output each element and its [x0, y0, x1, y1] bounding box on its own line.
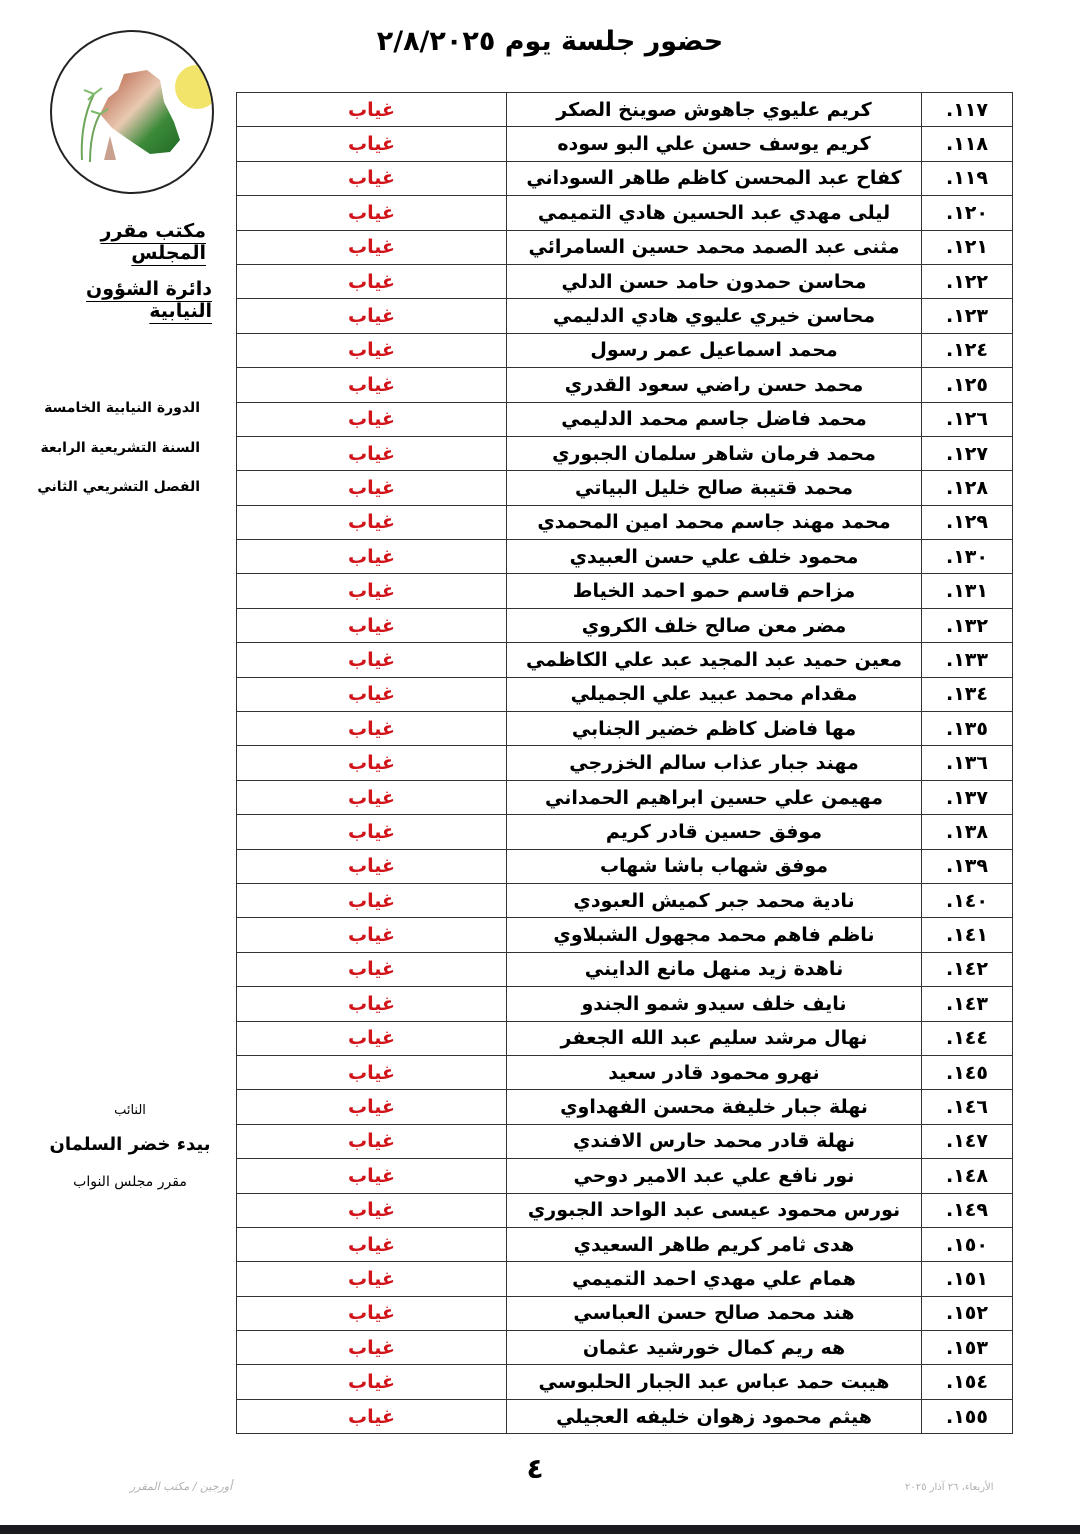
row-number: ١١٨. — [922, 127, 1013, 161]
table-row: ١٥٢.هند محمد صالح حسن العباسيغياب — [237, 1296, 1013, 1330]
row-number: ١٥٥. — [922, 1399, 1013, 1433]
attendance-status: غياب — [237, 1090, 507, 1124]
attendance-status: غياب — [237, 436, 507, 470]
signature-name: بيدء خضر السلمان — [40, 1134, 220, 1155]
attendance-status: غياب — [237, 608, 507, 642]
iraq-emblem-icon — [52, 32, 212, 192]
row-number: ١٢٠. — [922, 196, 1013, 230]
member-name: نادية محمد جبر كميش العبودي — [507, 883, 922, 917]
table-row: ١١٨.كريم يوسف حسن علي البو سودهغياب — [237, 127, 1013, 161]
table-row: ١٤٨.نور نافع علي عبد الامير دوحيغياب — [237, 1159, 1013, 1193]
row-number: ١٤٧. — [922, 1124, 1013, 1158]
member-name: هند محمد صالح حسن العباسي — [507, 1296, 922, 1330]
row-number: ١٣٨. — [922, 815, 1013, 849]
attendance-status: غياب — [237, 918, 507, 952]
row-number: ١٥٠. — [922, 1227, 1013, 1261]
signature-role: النائب — [50, 1103, 210, 1118]
table-row: ١٢١.مثنى عبد الصمد محمد حسين السامرائيغي… — [237, 230, 1013, 264]
member-name: نايف خلف سيدو شمو الجندو — [507, 987, 922, 1021]
table-row: ١٣١.مزاحم قاسم حمو احمد الخياطغياب — [237, 574, 1013, 608]
member-name: مقدام محمد عبيد علي الجميلي — [507, 677, 922, 711]
table-row: ١٤٥.نهرو محمود قادر سعيدغياب — [237, 1055, 1013, 1089]
member-name: محمد مهند جاسم محمد امين المحمدي — [507, 505, 922, 539]
attendance-status: غياب — [237, 1262, 507, 1296]
table-row: ١٣٢.مضر معن صالح خلف الكرويغياب — [237, 608, 1013, 642]
table-row: ١٤٤.نهال مرشد سليم عبد الله الجعفرغياب — [237, 1021, 1013, 1055]
member-name: موفق حسين قادر كريم — [507, 815, 922, 849]
term-line-year: السنة التشريعية الرابعة — [40, 440, 200, 456]
member-name: هه ريم كمال خورشيد عثمان — [507, 1331, 922, 1365]
table-row: ١٤٢.ناهدة زيد منهل مانع الداينيغياب — [237, 952, 1013, 986]
table-row: ١٤١.ناظم فاهم محمد مجهول الشبلاويغياب — [237, 918, 1013, 952]
attendance-status: غياب — [237, 952, 507, 986]
row-number: ١٤٥. — [922, 1055, 1013, 1089]
table-row: ١٤٠.نادية محمد جبر كميش العبوديغياب — [237, 883, 1013, 917]
attendance-status: غياب — [237, 849, 507, 883]
attendance-status: غياب — [237, 574, 507, 608]
row-number: ١٥٤. — [922, 1365, 1013, 1399]
member-name: نهرو محمود قادر سعيد — [507, 1055, 922, 1089]
table-row: ١٣٧.مهيمن علي حسين ابراهيم الحمدانيغياب — [237, 780, 1013, 814]
table-row: ١٢٣.محاسن خيري عليوي هادي الدليميغياب — [237, 299, 1013, 333]
member-name: محمد اسماعيل عمر رسول — [507, 333, 922, 367]
attendance-status: غياب — [237, 1296, 507, 1330]
table-row: ١٤٣.نايف خلف سيدو شمو الجندوغياب — [237, 987, 1013, 1021]
member-name: مثنى عبد الصمد محمد حسين السامرائي — [507, 230, 922, 264]
attendance-status: غياب — [237, 264, 507, 298]
attendance-status: غياب — [237, 127, 507, 161]
member-name: هدى ثامر كريم طاهر السعيدي — [507, 1227, 922, 1261]
attendance-status: غياب — [237, 368, 507, 402]
member-name: مزاحم قاسم حمو احمد الخياط — [507, 574, 922, 608]
member-name: نورس محمود عيسى عبد الواحد الجبوري — [507, 1193, 922, 1227]
member-name: موفق شهاب باشا شهاب — [507, 849, 922, 883]
table-row: ١٢٤.محمد اسماعيل عمر رسولغياب — [237, 333, 1013, 367]
table-row: ١٣٨.موفق حسين قادر كريمغياب — [237, 815, 1013, 849]
row-number: ١٢٩. — [922, 505, 1013, 539]
row-number: ١٤٣. — [922, 987, 1013, 1021]
member-name: نور نافع علي عبد الامير دوحي — [507, 1159, 922, 1193]
member-name: نهلة قادر محمد حارس الافندي — [507, 1124, 922, 1158]
row-number: ١٤٩. — [922, 1193, 1013, 1227]
table-row: ١٣٣.معين حميد عبد المجيد عبد علي الكاظمي… — [237, 643, 1013, 677]
attendance-status: غياب — [237, 161, 507, 195]
row-number: ١٣٣. — [922, 643, 1013, 677]
attendance-status: غياب — [237, 712, 507, 746]
attendance-status: غياب — [237, 471, 507, 505]
signature-position: مقرر مجلس النواب — [40, 1174, 220, 1190]
attendance-table: ١١٧.كريم عليوي جاهوش صوينخ الصكرغياب١١٨.… — [236, 92, 1013, 1434]
attendance-status: غياب — [237, 230, 507, 264]
member-name: ناهدة زيد منهل مانع الدايني — [507, 952, 922, 986]
attendance-status: غياب — [237, 746, 507, 780]
row-number: ١٢٧. — [922, 436, 1013, 470]
row-number: ١٣٦. — [922, 746, 1013, 780]
bottom-bar — [0, 1525, 1080, 1534]
member-name: همام علي مهدي احمد التميمي — [507, 1262, 922, 1296]
attendance-table-body: ١١٧.كريم عليوي جاهوش صوينخ الصكرغياب١١٨.… — [237, 93, 1013, 1434]
attendance-status: غياب — [237, 987, 507, 1021]
office-heading: مكتب مقرر المجلس — [46, 220, 206, 264]
row-number: ١٣٤. — [922, 677, 1013, 711]
row-number: ١٢٦. — [922, 402, 1013, 436]
table-row: ١٣٠.محمود خلف علي حسن العبيديغياب — [237, 540, 1013, 574]
table-row: ١٢٦.محمد فاضل جاسم محمد الدليميغياب — [237, 402, 1013, 436]
row-number: ١٢٨. — [922, 471, 1013, 505]
member-name: كريم يوسف حسن علي البو سوده — [507, 127, 922, 161]
member-name: محمد قتيبة صالح خليل البياتي — [507, 471, 922, 505]
row-number: ١٥١. — [922, 1262, 1013, 1296]
member-name: محمود خلف علي حسن العبيدي — [507, 540, 922, 574]
table-row: ١٥٠.هدى ثامر كريم طاهر السعيديغياب — [237, 1227, 1013, 1261]
member-name: نهال مرشد سليم عبد الله الجعفر — [507, 1021, 922, 1055]
attendance-status: غياب — [237, 780, 507, 814]
attendance-status: غياب — [237, 1159, 507, 1193]
member-name: كريم عليوي جاهوش صوينخ الصكر — [507, 93, 922, 127]
term-line-semester: الفصل التشريعي الثاني — [37, 479, 200, 495]
row-number: ١٤١. — [922, 918, 1013, 952]
attendance-status: غياب — [237, 196, 507, 230]
member-name: هيثم محمود زهوان خليفه العجيلي — [507, 1399, 922, 1433]
attendance-status: غياب — [237, 333, 507, 367]
row-number: ١٤٨. — [922, 1159, 1013, 1193]
member-name: مضر معن صالح خلف الكروي — [507, 608, 922, 642]
attendance-status: غياب — [237, 540, 507, 574]
table-row: ١٢٨.محمد قتيبة صالح خليل البياتيغياب — [237, 471, 1013, 505]
member-name: محمد حسن راضي سعود القدري — [507, 368, 922, 402]
row-number: ١٣٠. — [922, 540, 1013, 574]
attendance-status: غياب — [237, 1055, 507, 1089]
member-name: معين حميد عبد المجيد عبد علي الكاظمي — [507, 643, 922, 677]
attendance-status: غياب — [237, 677, 507, 711]
row-number: ١١٧. — [922, 93, 1013, 127]
footer-note-left: أورجين / مكتب المقرر — [130, 1480, 232, 1493]
table-row: ١٢٢.محاسن حمدون حامد حسن الدليغياب — [237, 264, 1013, 298]
page-title: حضور جلسة يوم ٢/٨/٢٠٢٥ — [300, 26, 800, 57]
row-number: ١٣٧. — [922, 780, 1013, 814]
table-row: ١٤٧.نهلة قادر محمد حارس الافنديغياب — [237, 1124, 1013, 1158]
table-row: ١٢٩.محمد مهند جاسم محمد امين المحمديغياب — [237, 505, 1013, 539]
table-row: ١٢٠.ليلى مهدي عبد الحسين هادي التميميغيا… — [237, 196, 1013, 230]
attendance-status: غياب — [237, 883, 507, 917]
attendance-status: غياب — [237, 299, 507, 333]
row-number: ١٣٩. — [922, 849, 1013, 883]
footer-date: الأربعاء، ٢٦ آذار ٢٠٢٥ — [905, 1482, 994, 1493]
row-number: ١٣١. — [922, 574, 1013, 608]
attendance-status: غياب — [237, 1124, 507, 1158]
table-row: ١١٩.كفاح عبد المحسن كاظم طاهر السودانيغي… — [237, 161, 1013, 195]
member-name: نهلة جبار خليفة محسن الفهداوي — [507, 1090, 922, 1124]
member-name: ناظم فاهم محمد مجهول الشبلاوي — [507, 918, 922, 952]
attendance-status: غياب — [237, 1365, 507, 1399]
member-name: محاسن حمدون حامد حسن الدلي — [507, 264, 922, 298]
attendance-status: غياب — [237, 1331, 507, 1365]
row-number: ١٤٤. — [922, 1021, 1013, 1055]
attendance-status: غياب — [237, 643, 507, 677]
row-number: ١٢٢. — [922, 264, 1013, 298]
table-row: ١٤٦.نهلة جبار خليفة محسن الفهداويغياب — [237, 1090, 1013, 1124]
row-number: ١٢٤. — [922, 333, 1013, 367]
attendance-status: غياب — [237, 1021, 507, 1055]
table-row: ١٢٧.محمد فرمان شاهر سلمان الجبوريغياب — [237, 436, 1013, 470]
row-number: ١٣٢. — [922, 608, 1013, 642]
member-name: كفاح عبد المحسن كاظم طاهر السوداني — [507, 161, 922, 195]
table-row: ١٣٥.مها فاضل كاظم خضير الجنابيغياب — [237, 712, 1013, 746]
table-row: ١٥٥.هيثم محمود زهوان خليفه العجيليغياب — [237, 1399, 1013, 1433]
member-name: محاسن خيري عليوي هادي الدليمي — [507, 299, 922, 333]
row-number: ١٤٠. — [922, 883, 1013, 917]
page-number: ٤ — [515, 1452, 555, 1485]
member-name: محمد فرمان شاهر سلمان الجبوري — [507, 436, 922, 470]
table-row: ١٥٣.هه ريم كمال خورشيد عثمانغياب — [237, 1331, 1013, 1365]
attendance-status: غياب — [237, 1193, 507, 1227]
table-row: ١٥١.همام علي مهدي احمد التميميغياب — [237, 1262, 1013, 1296]
attendance-status: غياب — [237, 402, 507, 436]
row-number: ١٣٥. — [922, 712, 1013, 746]
department-heading: دائرة الشؤون النيابية — [36, 278, 212, 322]
table-row: ١٤٩.نورس محمود عيسى عبد الواحد الجبوريغي… — [237, 1193, 1013, 1227]
row-number: ١٥٣. — [922, 1331, 1013, 1365]
attendance-status: غياب — [237, 505, 507, 539]
row-number: ١٢١. — [922, 230, 1013, 264]
attendance-status: غياب — [237, 93, 507, 127]
table-row: ١١٧.كريم عليوي جاهوش صوينخ الصكرغياب — [237, 93, 1013, 127]
table-row: ١٥٤.هيبت حمد عباس عبد الجبار الحلبوسيغيا… — [237, 1365, 1013, 1399]
member-name: مهيمن علي حسين ابراهيم الحمداني — [507, 780, 922, 814]
row-number: ١٥٢. — [922, 1296, 1013, 1330]
table-row: ١٣٩.موفق شهاب باشا شهابغياب — [237, 849, 1013, 883]
table-row: ١٣٤.مقدام محمد عبيد علي الجميليغياب — [237, 677, 1013, 711]
table-row: ١٣٦.مهند جبار عذاب سالم الخزرجيغياب — [237, 746, 1013, 780]
row-number: ١١٩. — [922, 161, 1013, 195]
row-number: ١٢٣. — [922, 299, 1013, 333]
attendance-status: غياب — [237, 1399, 507, 1433]
member-name: هيبت حمد عباس عبد الجبار الحلبوسي — [507, 1365, 922, 1399]
attendance-status: غياب — [237, 1227, 507, 1261]
member-name: مها فاضل كاظم خضير الجنابي — [507, 712, 922, 746]
member-name: محمد فاضل جاسم محمد الدليمي — [507, 402, 922, 436]
member-name: ليلى مهدي عبد الحسين هادي التميمي — [507, 196, 922, 230]
row-number: ١٢٥. — [922, 368, 1013, 402]
attendance-status: غياب — [237, 815, 507, 849]
term-line-session: الدورة النيابية الخامسة — [44, 400, 200, 416]
row-number: ١٤٢. — [922, 952, 1013, 986]
table-row: ١٢٥.محمد حسن راضي سعود القدريغياب — [237, 368, 1013, 402]
row-number: ١٤٦. — [922, 1090, 1013, 1124]
parliament-logo-icon — [50, 30, 214, 194]
member-name: مهند جبار عذاب سالم الخزرجي — [507, 746, 922, 780]
